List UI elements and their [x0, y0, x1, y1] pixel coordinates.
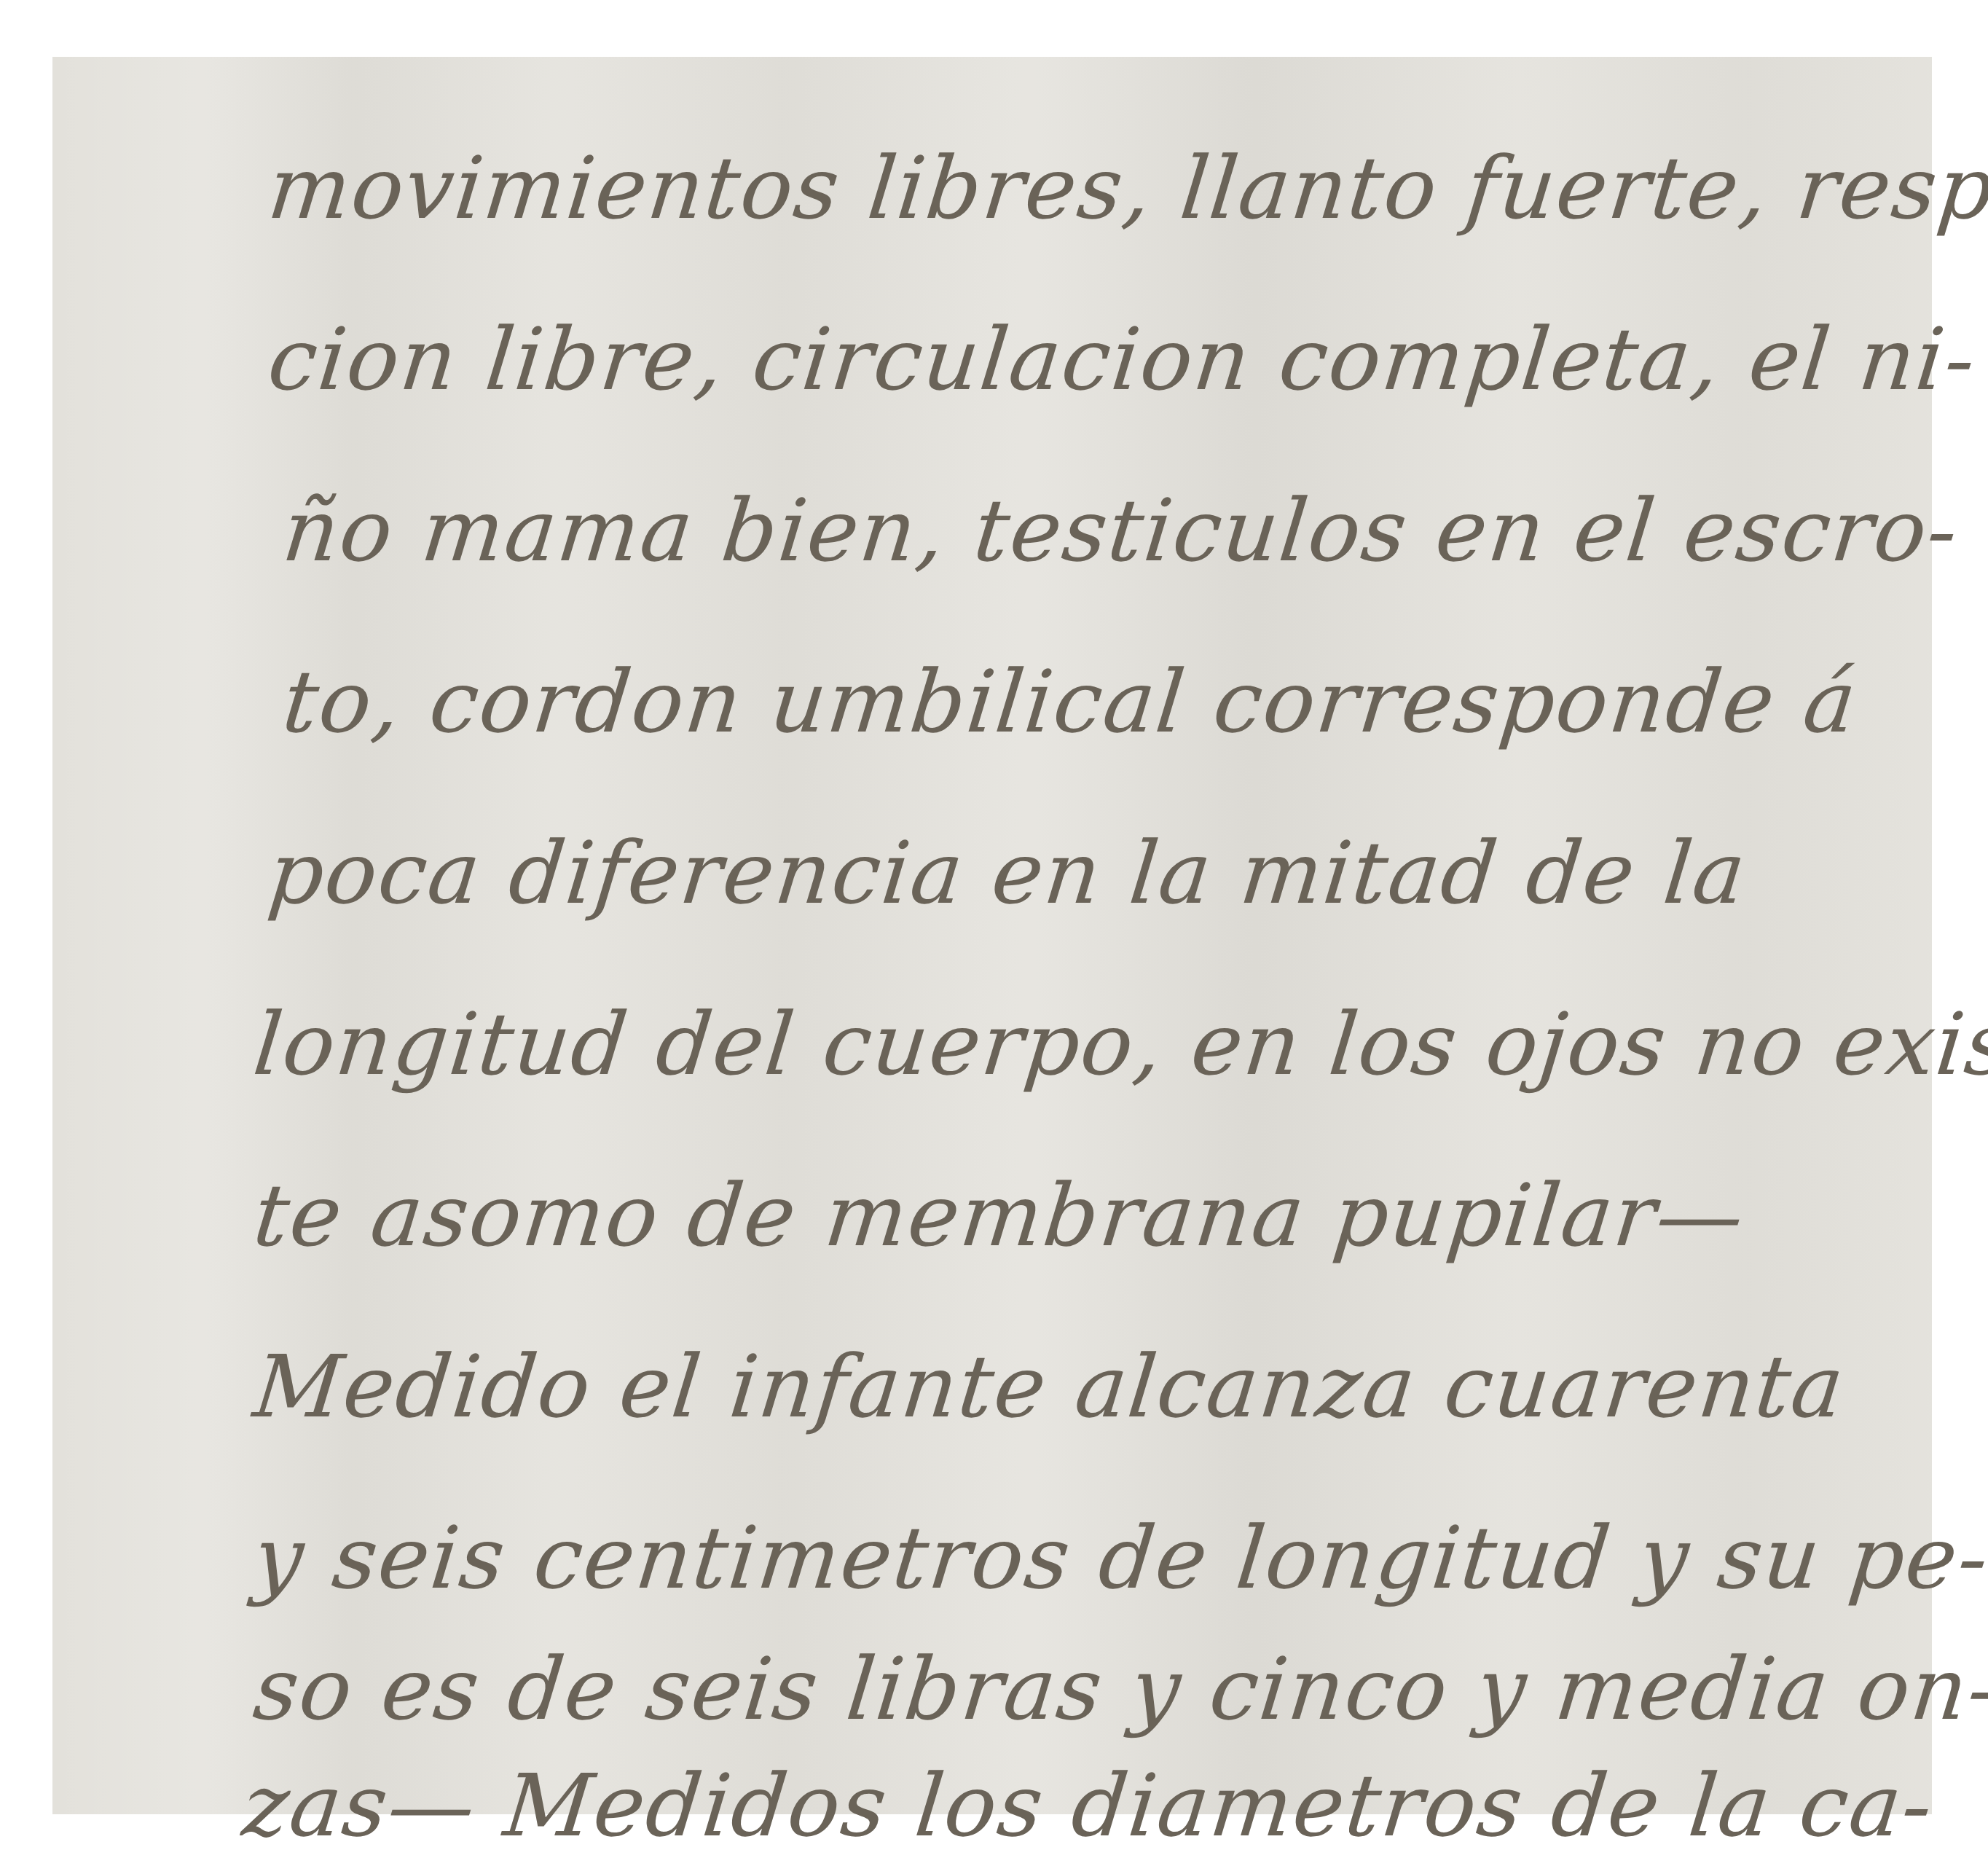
line-text: longitud del cuerpo, en los ojos no exis…	[249, 994, 1988, 1094]
text-line: y seis centimetros de longitud y su pe-	[198, 1507, 1957, 1609]
text-line: Medido el infante alcanza cuarenta	[198, 1336, 1957, 1438]
line-text: movimientos libres, llanto fuerte, respi…	[264, 138, 1988, 238]
handwritten-text-block: movimientos libres, llanto fuerte, respi…	[198, 57, 1895, 1814]
text-line: ño mama bien, testiculos en el escro-	[198, 479, 1987, 581]
text-line: zas— Medidos los diametros de la ca-	[198, 1755, 1946, 1857]
manuscript-page: movimientos libres, llanto fuerte, respi…	[52, 57, 1932, 1814]
text-line: to, cordon umbilical corresponde á	[198, 651, 1987, 753]
line-text: Medido el infante alcanza cuarenta	[249, 1336, 1850, 1437]
line-text: ño mama bien, testiculos en el escro-	[278, 480, 1963, 581]
line-text: cion libre, circulacion completa, el ni-	[264, 309, 1981, 409]
text-line: so es de seis libras y cinco y media on-	[198, 1638, 1957, 1740]
line-text: y seis centimetros de longitud y su pe-	[249, 1508, 1988, 1608]
text-line: longitud del cuerpo, en los ojos no exis…	[198, 993, 1957, 1095]
line-text: so es de seis libras y cinco y media on-	[249, 1639, 1988, 1739]
text-line: cion libre, circulacion completa, el ni-	[198, 308, 1972, 410]
text-line: te asomo de membrana pupilar—	[198, 1164, 1957, 1266]
line-text: zas— Medidos los diametros de la ca-	[238, 1755, 1938, 1856]
line-text: to, cordon umbilical corresponde á	[278, 651, 1862, 752]
line-text: poca diferencia en la mitad de la	[264, 823, 1751, 923]
line-text: te asomo de membrana pupilar—	[249, 1165, 1750, 1266]
text-line: movimientos libres, llanto fuerte, respi…	[198, 137, 1972, 239]
text-line: poca diferencia en la mitad de la	[198, 822, 1972, 924]
